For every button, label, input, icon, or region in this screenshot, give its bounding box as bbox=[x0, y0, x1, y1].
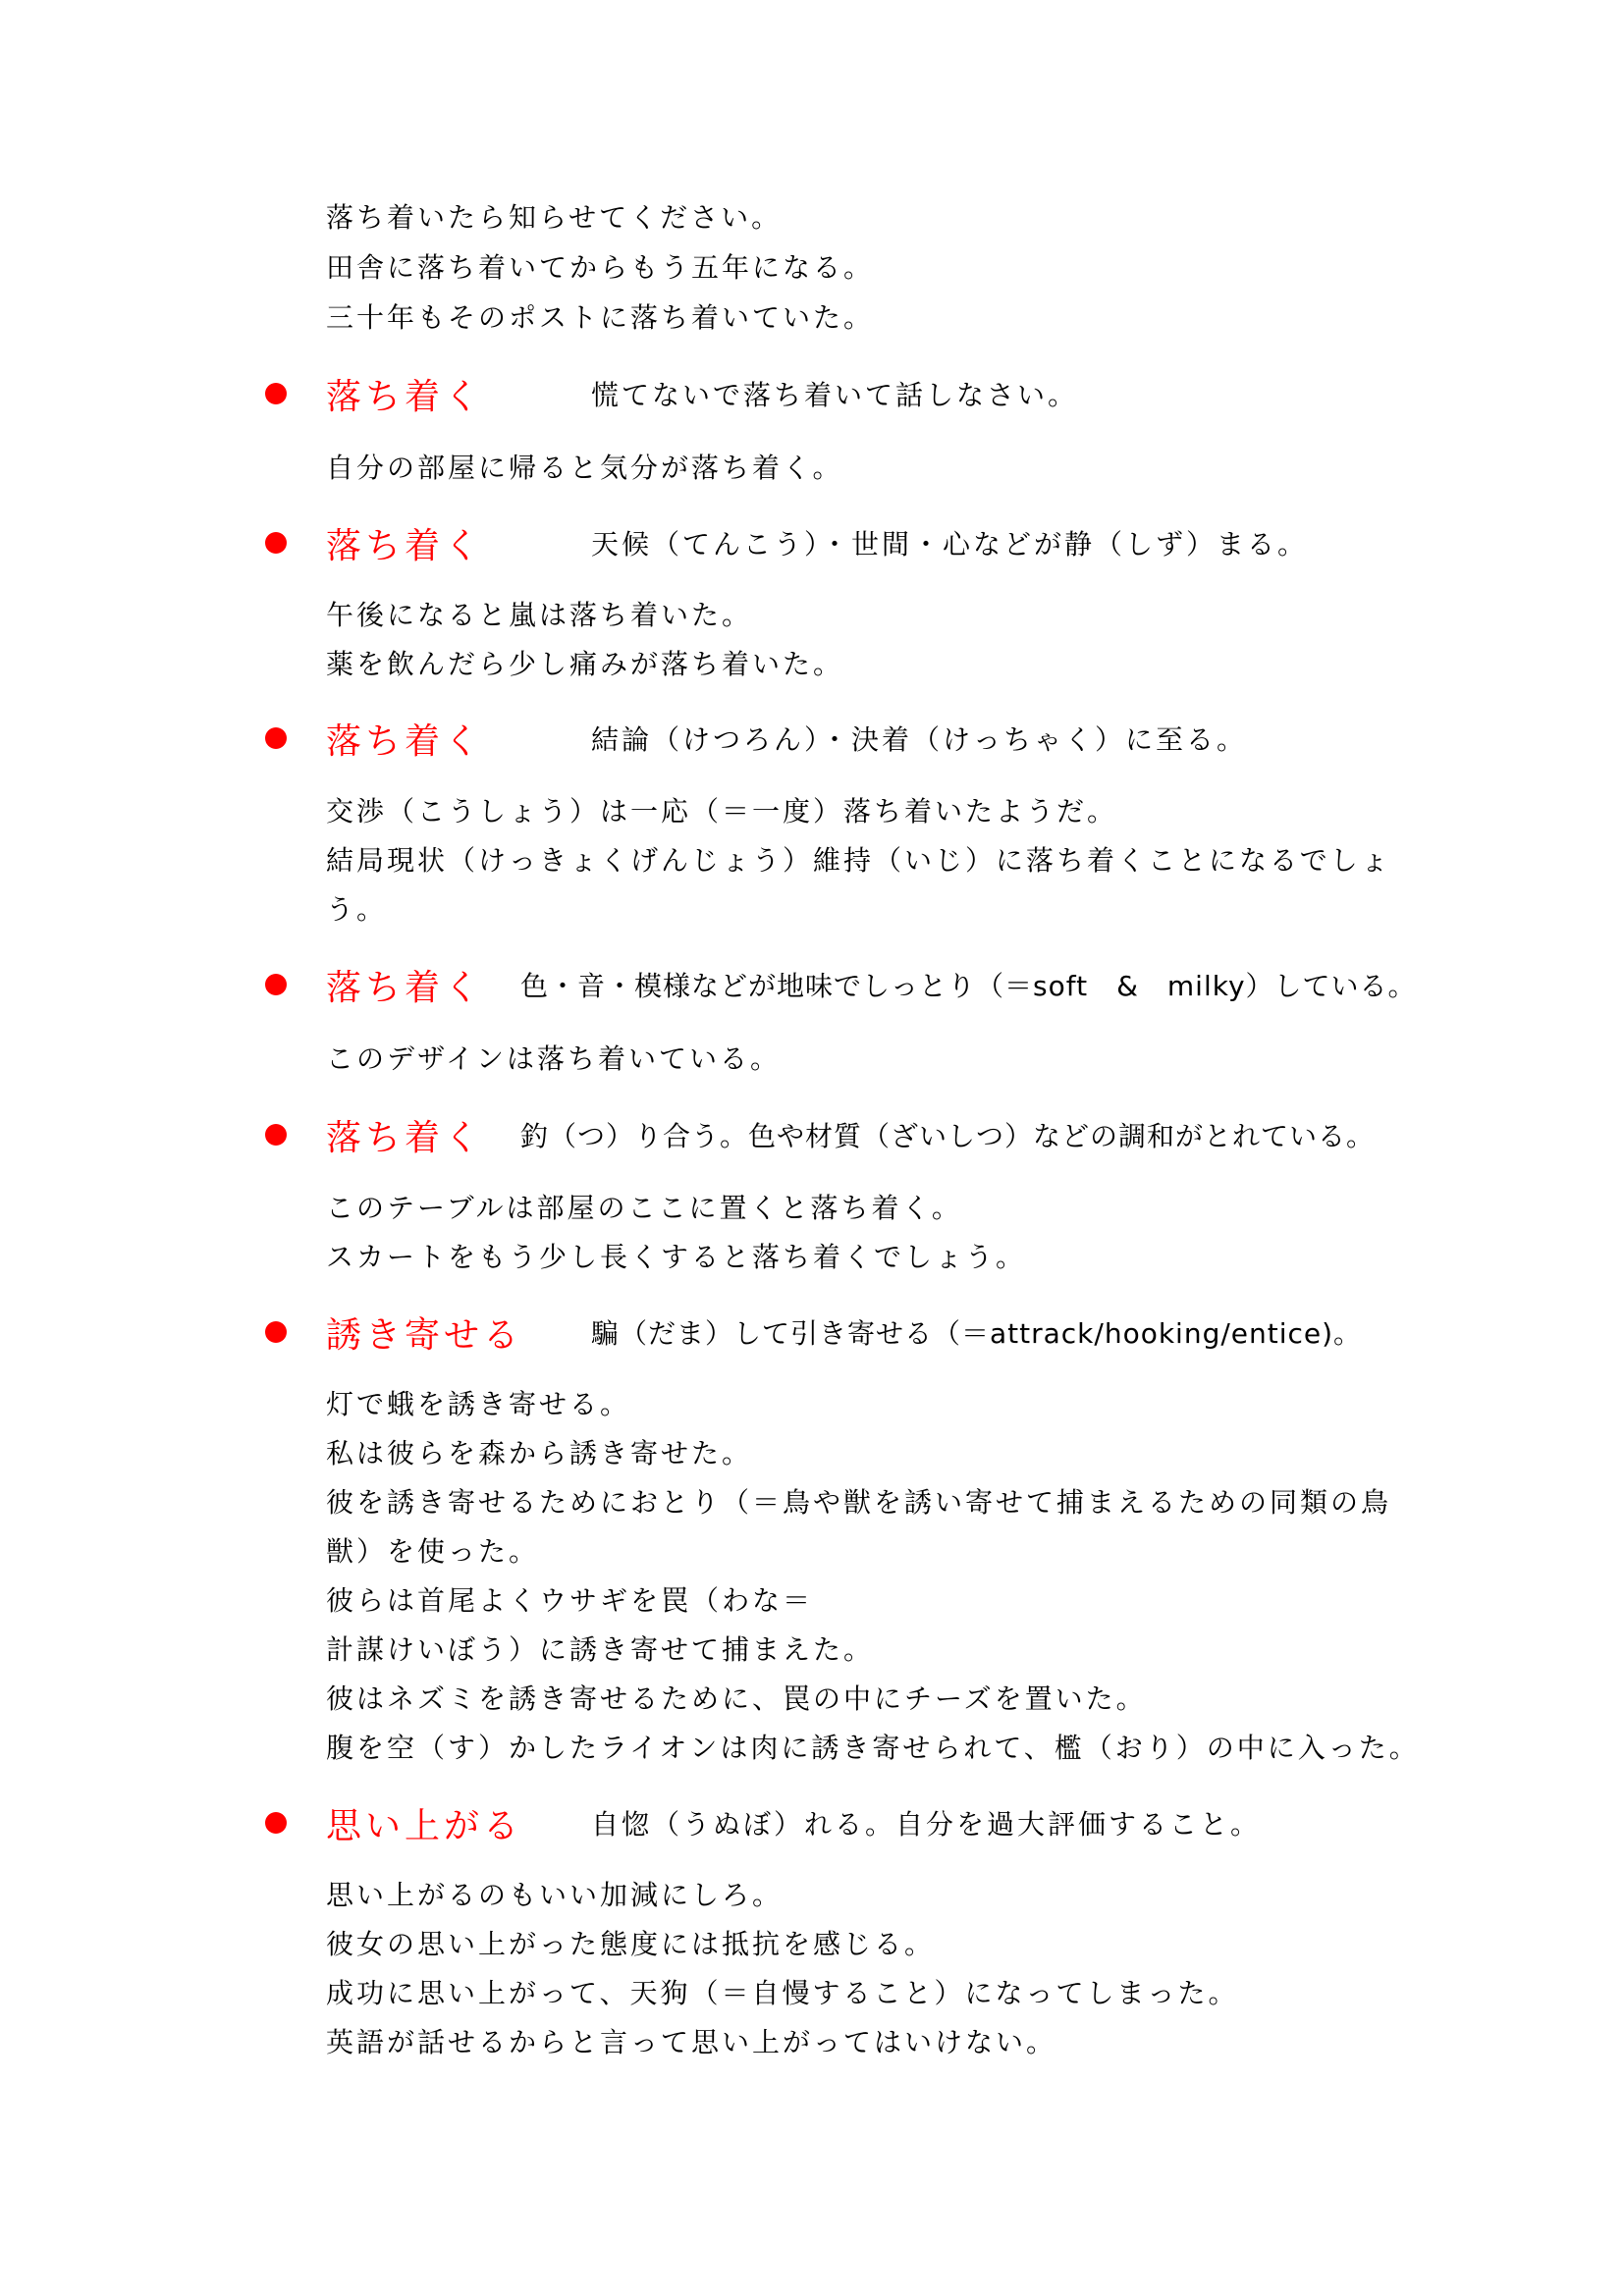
example-sentence: 彼女の思い上がった態度には抵抗を感じる。 bbox=[326, 1928, 935, 1961]
bullet-icon bbox=[265, 1124, 287, 1146]
example-sentence: このデザインは落ち着いている。 bbox=[326, 1042, 781, 1076]
entry-definition: 色・音・模様などが地味でしっとり（＝soft & milky）している。 bbox=[520, 965, 1417, 1004]
example-sentence: 彼らは首尾よくウサギを罠（わな＝ bbox=[326, 1584, 813, 1618]
example-sentence: 成功に思い上がって、天狗（＝自慢すること）になってしまった。 bbox=[326, 1977, 1238, 2010]
entry-definition: 自惚（うぬぼ）れる。自分を過大評価すること。 bbox=[591, 1803, 1261, 1842]
entry-term: 落ち着く bbox=[326, 960, 520, 1010]
example-sentence: 計謀けいぼう）に誘き寄せて捕まえた。 bbox=[326, 1633, 874, 1667]
example-sentence: 交渉（こうしょう）は一応（＝一度）落ち着いたようだ。 bbox=[326, 795, 1117, 828]
entry-heading: 落ち着く 慌てないで落ち着いて話しなさい。 bbox=[265, 369, 1078, 418]
bullet-icon bbox=[265, 532, 287, 554]
example-sentence: 彼を誘き寄せるためにおとり（＝鳥や獣を誘い寄せて捕まえるための同類の鳥 bbox=[326, 1486, 1391, 1520]
entry-term: 誘き寄せる bbox=[326, 1308, 591, 1358]
entry-heading: 落ち着く 色・音・模様などが地味でしっとり（＝soft & milky）している… bbox=[265, 960, 1417, 1009]
entry-term: 落ち着く bbox=[326, 369, 591, 419]
entry-definition: 天候（てんこう）・世間・心などが静（しず）まる。 bbox=[591, 523, 1308, 562]
entry-term: 思い上がる bbox=[326, 1798, 591, 1848]
entry-heading: 誘き寄せる 騙（だま）して引き寄せる（＝attrack/hooking/enti… bbox=[265, 1308, 1362, 1357]
entry-heading: 落ち着く 結論（けつろん）・決着（けっちゃく）に至る。 bbox=[265, 714, 1247, 763]
example-sentence: 獣）を使った。 bbox=[326, 1535, 539, 1569]
entry-definition: 釣（つ）り合う。色や材質（ざいしつ）などの調和がとれている。 bbox=[520, 1115, 1375, 1154]
example-sentence: 薬を飲んだら少し痛みが落ち着いた。 bbox=[326, 648, 843, 681]
bullet-icon bbox=[265, 727, 287, 749]
example-sentence: このテーブルは部屋のここに置くと落ち着く。 bbox=[326, 1192, 962, 1225]
bullet-icon bbox=[265, 1321, 287, 1343]
bullet-icon bbox=[265, 974, 287, 995]
bullet-icon bbox=[265, 1812, 287, 1834]
example-sentence: 落ち着いたら知らせてください。 bbox=[326, 201, 782, 235]
example-sentence: 田舎に落ち着いてからもう五年になる。 bbox=[326, 251, 874, 285]
entry-heading: 落ち着く 天候（てんこう）・世間・心などが静（しず）まる。 bbox=[265, 518, 1308, 567]
example-sentence: 思い上がるのもいい加減にしろ。 bbox=[326, 1879, 783, 1912]
entry-definition: 結論（けつろん）・決着（けっちゃく）に至る。 bbox=[591, 719, 1247, 758]
example-sentence: う。 bbox=[326, 893, 387, 927]
document-page: 落ち着いたら知らせてください。 田舎に落ち着いてからもう五年になる。 三十年もそ… bbox=[0, 0, 1624, 2296]
example-sentence: 私は彼らを森から誘き寄せた。 bbox=[326, 1437, 752, 1470]
example-sentence: 灯で蛾を誘き寄せる。 bbox=[326, 1388, 630, 1421]
entry-term: 落ち着く bbox=[326, 714, 591, 764]
entry-term: 落ち着く bbox=[326, 518, 591, 568]
example-sentence: 英語が話せるからと言って思い上がってはいけない。 bbox=[326, 2026, 1056, 2059]
entry-definition: 騙（だま）して引き寄せる（＝attrack/hooking/entice)。 bbox=[591, 1312, 1362, 1352]
example-sentence: 腹を空（す）かしたライオンは肉に誘き寄せられて、檻（おり）の中に入った。 bbox=[326, 1732, 1420, 1765]
entry-definition: 慌てないで落ち着いて話しなさい。 bbox=[591, 374, 1078, 413]
example-sentence: 自分の部屋に帰ると気分が落ち着く。 bbox=[326, 452, 842, 485]
entry-heading: 落ち着く 釣（つ）り合う。色や材質（ざいしつ）などの調和がとれている。 bbox=[265, 1110, 1375, 1159]
example-sentence: 結局現状（けっきょくげんじょう）維持（いじ）に落ち着くことになるでしょ bbox=[326, 844, 1391, 878]
bullet-icon bbox=[265, 383, 287, 404]
example-sentence: 三十年もそのポストに落ち着いていた。 bbox=[326, 301, 874, 335]
example-sentence: 彼はネズミを誘き寄せるために、罠の中にチーズを置いた。 bbox=[326, 1682, 1147, 1716]
example-sentence: 午後になると嵐は落ち着いた。 bbox=[326, 599, 752, 632]
entry-heading: 思い上がる 自惚（うぬぼ）れる。自分を過大評価すること。 bbox=[265, 1798, 1261, 1847]
entry-term: 落ち着く bbox=[326, 1110, 520, 1160]
example-sentence: スカートをもう少し長くすると落ち着くでしょう。 bbox=[326, 1241, 1026, 1274]
